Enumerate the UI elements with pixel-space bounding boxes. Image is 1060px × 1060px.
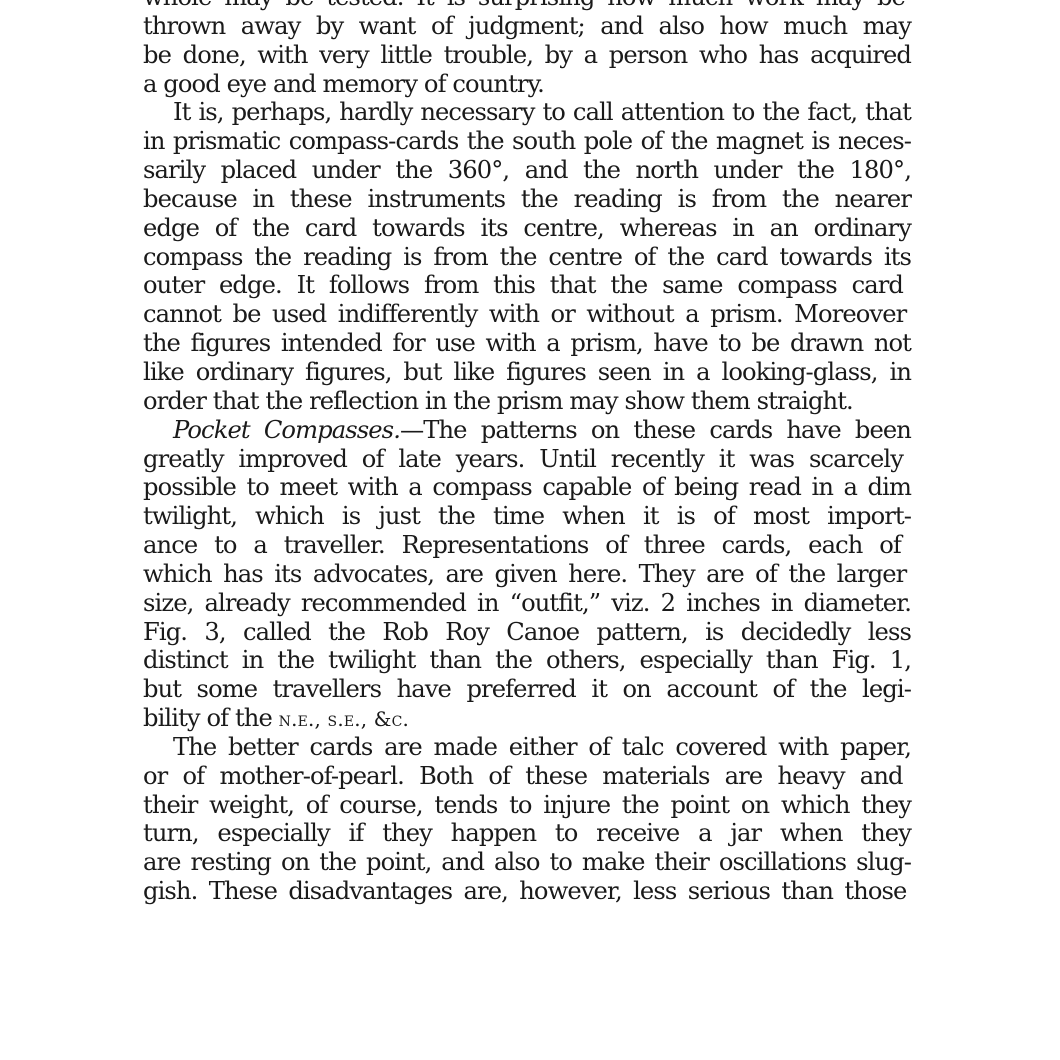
text-line: It is, perhaps, hardly necessary to call…	[143, 98, 911, 127]
text-line: possible to meet with a compass capable …	[143, 473, 911, 502]
text-line: the figures intended for use with a pris…	[143, 329, 911, 358]
text-line: be done, with very little trouble, by a …	[143, 41, 911, 70]
document-page: whole may be tested. It is surprising ho…	[143, 0, 911, 906]
paragraph-pocket-compasses: Pocket Compasses.—The patterns on these …	[143, 416, 911, 733]
text-line: but some travellers have preferred it on…	[143, 675, 911, 704]
text-line: or of mother-of-pearl. Both of these mat…	[143, 762, 911, 791]
text-line: twilight, which is just the time when it…	[143, 502, 911, 531]
text-line: bility of the n.e., s.e., &c.	[143, 704, 911, 733]
text-line: The better cards are made either of talc…	[143, 733, 911, 762]
text-line: whole may be tested. It is surprising ho…	[143, 0, 911, 12]
text-line: their weight, of course, tends to injure…	[143, 791, 911, 820]
text-line: ance to a traveller. Representations of …	[143, 531, 911, 560]
text-line: in prismatic compass-cards the south pol…	[143, 127, 911, 156]
section-heading-pocket-compasses: Pocket Compasses.	[173, 416, 400, 444]
paragraph-better-cards: The better cards are made either of talc…	[143, 733, 911, 906]
text-line: thrown away by want of judgment; and als…	[143, 12, 911, 41]
text-line: distinct in the twilight than the others…	[143, 646, 911, 675]
text-line: outer edge. It follows from this that th…	[143, 271, 911, 300]
paragraph-judgment: whole may be tested. It is surprising ho…	[143, 0, 911, 98]
text-line: compass the reading is from the centre o…	[143, 243, 911, 272]
text-line: a good eye and memory of country.	[143, 70, 911, 99]
text-line: like ordinary figures, but like figures …	[143, 358, 911, 387]
compass-points-smallcaps: n.e., s.e., &c.	[279, 708, 409, 731]
text-line: order that the reflection in the prism m…	[143, 387, 911, 416]
text-line: because in these instruments the reading…	[143, 185, 911, 214]
text-line: edge of the card towards its centre, whe…	[143, 214, 911, 243]
text-line: gish. These disadvantages are, however, …	[143, 877, 911, 906]
text-line-with-heading: Pocket Compasses.—The patterns on these …	[143, 416, 911, 445]
text-fragment: —The patterns on these cards have been	[400, 416, 911, 444]
text-line: are resting on the point, and also to ma…	[143, 848, 911, 877]
text-line: Fig. 3, called the Rob Roy Canoe pattern…	[143, 618, 911, 647]
text-line: size, already recommended in “outfit,” v…	[143, 589, 911, 618]
text-fragment: bility of the	[143, 704, 279, 732]
text-line: sarily placed under the 360°, and the no…	[143, 156, 911, 185]
text-line: greatly improved of late years. Until re…	[143, 445, 911, 474]
text-line: which has its advocates, are given here.…	[143, 560, 911, 589]
text-line: cannot be used indifferently with or wit…	[143, 300, 911, 329]
text-line: turn, especially if they happen to recei…	[143, 819, 911, 848]
paragraph-prismatic-compass: It is, perhaps, hardly necessary to call…	[143, 98, 911, 415]
